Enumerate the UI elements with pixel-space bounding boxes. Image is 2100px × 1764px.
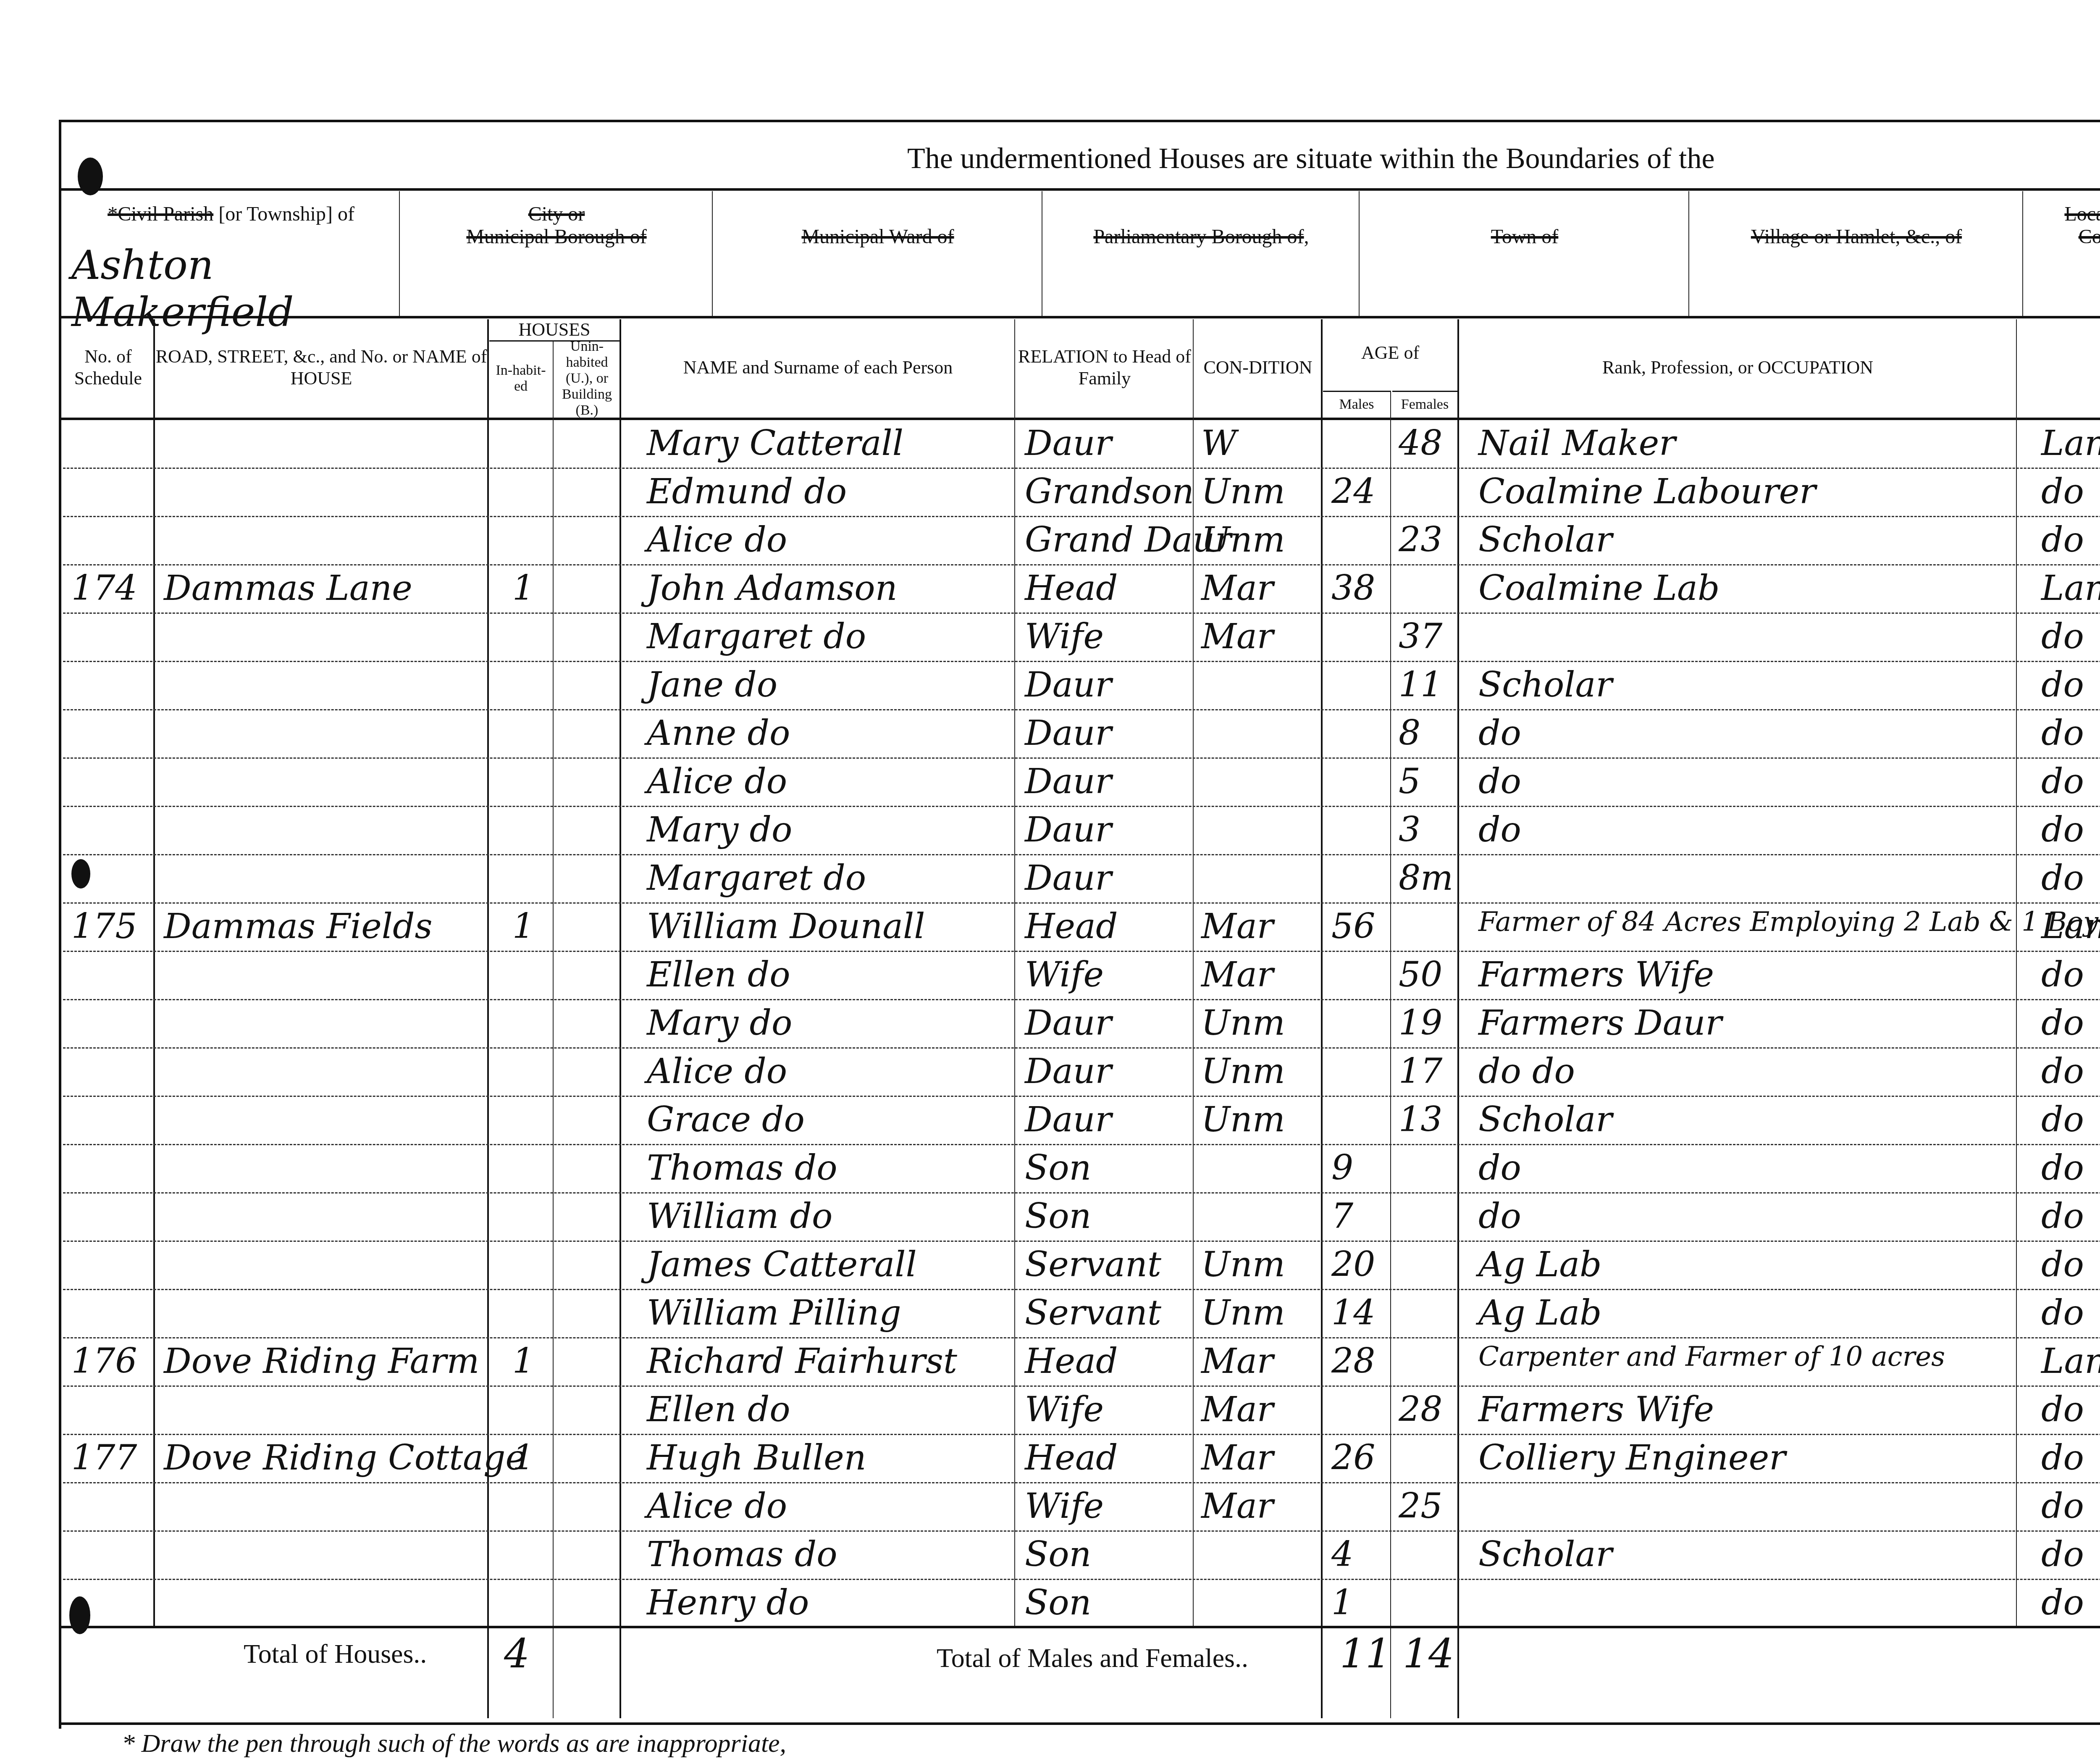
born-county: do — [2041, 1535, 2084, 1575]
divider — [1042, 191, 1042, 317]
person-name: Hugh Bullen — [647, 1438, 866, 1478]
boundary-label: Town of — [1361, 203, 1688, 248]
male-age: 26 — [1331, 1438, 1375, 1478]
relation: Son — [1025, 1196, 1091, 1236]
condition: Unm — [1201, 1003, 1285, 1043]
person-name: James Catterall — [647, 1245, 917, 1285]
female-age: 3 — [1399, 810, 1420, 850]
occupation: do — [1478, 713, 1521, 753]
occupation: do — [1478, 762, 1521, 802]
divider — [59, 188, 2100, 191]
male-age: 24 — [1331, 472, 1375, 512]
inhabited-count: 1 — [512, 1341, 534, 1381]
born-county: Lancashire — [2041, 1341, 2100, 1381]
born-county: do — [2041, 1583, 2084, 1623]
female-age: 8 — [1399, 713, 1420, 753]
col-rule — [2016, 319, 2017, 1626]
born-county: do — [2041, 472, 2084, 512]
col-header-road: ROAD, STREET, &c., and No. or NAME of HO… — [155, 319, 487, 416]
row-rule — [63, 854, 2100, 855]
col-rule — [1457, 319, 1459, 1718]
divider — [1359, 191, 1360, 317]
condition: Unm — [1201, 1100, 1285, 1140]
col-header-condition: CON-DITION — [1195, 319, 1321, 416]
person-name: Alice do — [647, 762, 787, 802]
person-name: Alice do — [647, 520, 787, 560]
row-rule — [63, 999, 2100, 1000]
relation: Son — [1025, 1583, 1091, 1623]
female-age: 13 — [1399, 1100, 1442, 1140]
occupation: Farmers Daur — [1478, 1003, 1722, 1043]
total-persons-label: Total of Males and Females.. — [937, 1643, 1248, 1674]
boundary-local-board: Local Board, or [ImprovementCommissioner… — [2024, 191, 2100, 317]
condition: Mar — [1201, 907, 1273, 946]
inhabited-count: 1 — [512, 1438, 534, 1478]
boundary-label: Municipal Ward of — [714, 203, 1042, 248]
occupation: Colliery Engineer — [1478, 1438, 1785, 1478]
col-header-name: NAME and Surname of each Person — [622, 319, 1014, 416]
person-name: John Adamson — [647, 568, 898, 608]
female-age: 11 — [1399, 665, 1442, 705]
born-county: do — [2041, 1100, 2084, 1140]
col-rule — [619, 319, 621, 1718]
footnote: * Draw the pen through such of the words… — [122, 1729, 786, 1759]
occupation: do — [1478, 810, 1521, 850]
born-county: do — [2041, 1245, 2084, 1285]
person-name: Anne do — [647, 713, 790, 753]
occupation: Farmers Wife — [1478, 955, 1714, 995]
relation: Head — [1025, 1341, 1118, 1381]
relation: Grand Daur — [1025, 520, 1231, 560]
page-title: The undermentioned Houses are situate wi… — [907, 142, 1715, 176]
male-age: 38 — [1331, 568, 1375, 608]
person-name: Grace do — [647, 1100, 805, 1140]
person-name: Mary do — [647, 1003, 792, 1043]
born-county: Lancashire — [2041, 907, 2100, 946]
relation: Daur — [1025, 1003, 1112, 1043]
occupation: Coalmine Lab — [1478, 568, 1719, 608]
occupation: Ag Lab — [1478, 1293, 1602, 1333]
condition: Unm — [1201, 472, 1285, 512]
relation: Head — [1025, 568, 1118, 608]
row-rule — [63, 1434, 2100, 1435]
occupation: Scholar — [1478, 1535, 1612, 1575]
condition: Mar — [1201, 1486, 1273, 1526]
person-name: Mary Catterall — [647, 423, 903, 463]
male-age: 28 — [1331, 1341, 1375, 1381]
row-rule — [63, 1144, 2100, 1145]
col-header-where-born: WHERE BORN — [2018, 319, 2100, 416]
person-name: William Dounall — [647, 907, 925, 946]
person-name: Henry do — [647, 1583, 809, 1623]
ink-blot — [78, 158, 103, 195]
col-rule — [487, 319, 489, 1718]
born-county: do — [2041, 617, 2084, 657]
row-rule — [63, 902, 2100, 904]
born-county: do — [2041, 762, 2084, 802]
divider — [59, 316, 2100, 318]
born-county: do — [2041, 1293, 2084, 1333]
boundary-municipal-ward: Municipal Ward of — [714, 191, 1042, 317]
row-rule — [63, 564, 2100, 565]
row-rule — [63, 661, 2100, 662]
male-age: 56 — [1331, 907, 1375, 946]
col-rule — [1193, 319, 1194, 1626]
relation: Daur — [1025, 1052, 1112, 1091]
divider — [1688, 191, 1689, 317]
row-rule — [63, 1096, 2100, 1097]
boundary-label: *Civil Parish [or Township] of — [63, 203, 399, 226]
female-age: 19 — [1399, 1003, 1442, 1043]
divider — [712, 191, 713, 317]
inhabited-count: 1 — [512, 907, 534, 946]
condition: Mar — [1201, 568, 1273, 608]
female-age: 28 — [1399, 1390, 1442, 1430]
col-header-schedule: No. of Schedule — [63, 319, 153, 416]
col-header-inhabited: In-habit-ed — [489, 341, 552, 416]
schedule-number: 175 — [71, 907, 137, 946]
born-county: do — [2041, 1148, 2084, 1188]
road-name: Dove Riding Farm — [164, 1341, 479, 1381]
col-rule — [1014, 319, 1015, 1626]
occupation: Scholar — [1478, 520, 1612, 560]
boundary-label: City orMunicipal Borough of — [401, 203, 712, 248]
person-name: Margaret do — [647, 617, 866, 657]
female-age: 5 — [1399, 762, 1420, 802]
occupation: Coalmine Labourer — [1478, 472, 1816, 512]
col-header-males: Males — [1323, 391, 1390, 417]
female-age: 23 — [1399, 520, 1442, 560]
occupation: Farmers Wife — [1478, 1390, 1714, 1430]
occupation: Scholar — [1478, 1100, 1612, 1140]
col-header-females: Females — [1392, 391, 1457, 417]
road-name: Dammas Fields — [164, 907, 433, 946]
relation: Daur — [1025, 762, 1112, 802]
occupation: do — [1478, 1196, 1521, 1236]
person-name: Jane do — [647, 665, 777, 705]
relation: Daur — [1025, 665, 1112, 705]
male-age: 14 — [1331, 1293, 1375, 1333]
condition: Mar — [1201, 1438, 1273, 1478]
female-age: 8m — [1399, 858, 1453, 898]
total-males-value: 11 — [1340, 1630, 1391, 1677]
born-county: do — [2041, 520, 2084, 560]
row-rule — [63, 1047, 2100, 1049]
relation: Wife — [1025, 617, 1104, 657]
row-rule — [63, 1192, 2100, 1194]
boundary-parliamentary-borough: Parliamentary Borough of, — [1044, 191, 1359, 317]
relation: Head — [1025, 907, 1118, 946]
total-houses-label: Total of Houses.. — [244, 1638, 427, 1669]
relation: Son — [1025, 1148, 1091, 1188]
male-age: 7 — [1331, 1196, 1353, 1236]
occupation: Ag Lab — [1478, 1245, 1602, 1285]
person-name: William do — [647, 1196, 832, 1236]
row-rule — [63, 1385, 2100, 1387]
row-rule — [63, 613, 2100, 614]
occupation: Farmer of 84 Acres Employing 2 Lab & 1 B… — [1478, 907, 2098, 938]
row-rule — [63, 1289, 2100, 1290]
relation: Daur — [1025, 810, 1112, 850]
row-rule — [63, 951, 2100, 952]
road-name: Dove Riding Cottage — [164, 1438, 526, 1478]
born-county: do — [2041, 1486, 2084, 1526]
person-name: Edmund do — [647, 472, 847, 512]
header-title-strip: The undermentioned Houses are situate wi… — [59, 122, 2100, 189]
person-name: Richard Fairhurst — [647, 1341, 957, 1381]
schedule-number: 174 — [71, 568, 137, 608]
relation: Daur — [1025, 1100, 1112, 1140]
person-name: Thomas do — [647, 1535, 837, 1575]
female-age: 25 — [1399, 1486, 1442, 1526]
occupation: do do — [1478, 1052, 1575, 1091]
relation: Grandson — [1025, 472, 1194, 512]
inhabited-count: 1 — [512, 568, 534, 608]
born-county: do — [2041, 1438, 2084, 1478]
row-rule — [63, 1530, 2100, 1532]
born-county: do — [2041, 810, 2084, 850]
boundary-label: Parliamentary Borough of, — [1044, 203, 1359, 248]
male-age: 9 — [1331, 1148, 1353, 1188]
total-houses-value: 4 — [504, 1630, 530, 1677]
person-name: Mary do — [647, 810, 792, 850]
female-age: 48 — [1399, 423, 1442, 463]
person-name: Ellen do — [647, 1390, 790, 1430]
boundary-civil-parish: *Civil Parish [or Township] of Ashton Ma… — [63, 191, 399, 317]
boundary-town: Town of — [1361, 191, 1688, 317]
row-rule — [63, 709, 2100, 710]
total-females-value: 14 — [1403, 1630, 1454, 1677]
condition: Unm — [1201, 1245, 1285, 1285]
relation: Head — [1025, 1438, 1118, 1478]
col-rule — [1321, 319, 1323, 1718]
condition: Mar — [1201, 617, 1273, 657]
born-county: do — [2041, 1003, 2084, 1043]
row-rule — [63, 757, 2100, 759]
col-rule — [153, 319, 155, 1626]
row-rule — [63, 806, 2100, 807]
person-name: William Pilling — [647, 1293, 901, 1333]
row-rule — [63, 1579, 2100, 1580]
boundary-village: Village or Hamlet, &c., of — [1690, 191, 2022, 317]
born-county: do — [2041, 955, 2084, 995]
row-rule — [63, 516, 2100, 517]
col-header-occupation: Rank, Profession, or OCCUPATION — [1459, 319, 2016, 416]
condition: Mar — [1201, 1390, 1273, 1430]
relation: Daur — [1025, 858, 1112, 898]
relation: Wife — [1025, 1390, 1104, 1430]
relation: Wife — [1025, 1486, 1104, 1526]
condition: Mar — [1201, 955, 1273, 995]
relation: Servant — [1025, 1293, 1161, 1333]
person-name: Ellen do — [647, 955, 790, 995]
condition: Unm — [1201, 520, 1285, 560]
occupation: Carpenter and Farmer of 10 acres — [1478, 1341, 1945, 1372]
born-county: do — [2041, 713, 2084, 753]
relation: Daur — [1025, 713, 1112, 753]
person-name: Alice do — [647, 1486, 787, 1526]
divider — [399, 191, 400, 317]
col-rule — [1390, 391, 1391, 1718]
female-age: 37 — [1399, 617, 1442, 657]
row-rule — [63, 468, 2100, 469]
born-county: Lancashire — [2041, 423, 2100, 463]
person-name: Alice do — [647, 1052, 787, 1091]
divider — [59, 1626, 2100, 1628]
born-county: do — [2041, 1052, 2084, 1091]
boundary-label: Village or Hamlet, &c., of — [1690, 203, 2022, 248]
row-rule — [63, 1337, 2100, 1338]
born-county: do — [2041, 858, 2084, 898]
male-age: 20 — [1331, 1245, 1375, 1285]
condition: W — [1201, 423, 1236, 463]
relation: Daur — [1025, 423, 1112, 463]
boundary-municipal-borough: City orMunicipal Borough of — [401, 191, 712, 317]
occupation: do — [1478, 1148, 1521, 1188]
born-county: do — [2041, 665, 2084, 705]
condition: Unm — [1201, 1052, 1285, 1091]
col-header-relation: RELATION to Head of Family — [1016, 319, 1193, 416]
ink-blot — [71, 859, 90, 889]
ink-blot — [69, 1596, 90, 1634]
divider — [59, 1722, 2100, 1725]
relation: Son — [1025, 1535, 1091, 1575]
male-age: 1 — [1331, 1583, 1353, 1623]
occupation: Nail Maker — [1478, 423, 1675, 463]
schedule-number: 176 — [71, 1341, 137, 1381]
road-name: Dammas Lane — [164, 568, 412, 608]
schedule-number: 177 — [71, 1438, 137, 1478]
census-page: . . . 54 The undermentioned Houses are s… — [0, 0, 2100, 1764]
condition: Mar — [1201, 1341, 1273, 1381]
born-county: do — [2041, 1390, 2084, 1430]
relation: Servant — [1025, 1245, 1161, 1285]
col-header-age: AGE of — [1323, 319, 1457, 386]
divider — [2022, 191, 2023, 317]
divider — [59, 418, 2100, 420]
occupation: Scholar — [1478, 665, 1612, 705]
person-name: Margaret do — [647, 858, 866, 898]
relation: Wife — [1025, 955, 1104, 995]
col-header-uninhabited: Unin-habited (U.), or Building (B.) — [554, 341, 619, 416]
female-age: 50 — [1399, 955, 1442, 995]
born-county: Lancashire — [2041, 568, 2100, 608]
row-rule — [63, 1482, 2100, 1483]
col-rule — [553, 341, 554, 1718]
male-age: 4 — [1331, 1535, 1353, 1575]
person-name: Thomas do — [647, 1148, 837, 1188]
born-county: do — [2041, 1196, 2084, 1236]
female-age: 17 — [1399, 1052, 1442, 1091]
row-rule — [63, 1241, 2100, 1242]
condition: Unm — [1201, 1293, 1285, 1333]
boundary-label: Local Board, or [ImprovementCommissioner… — [2024, 203, 2100, 248]
